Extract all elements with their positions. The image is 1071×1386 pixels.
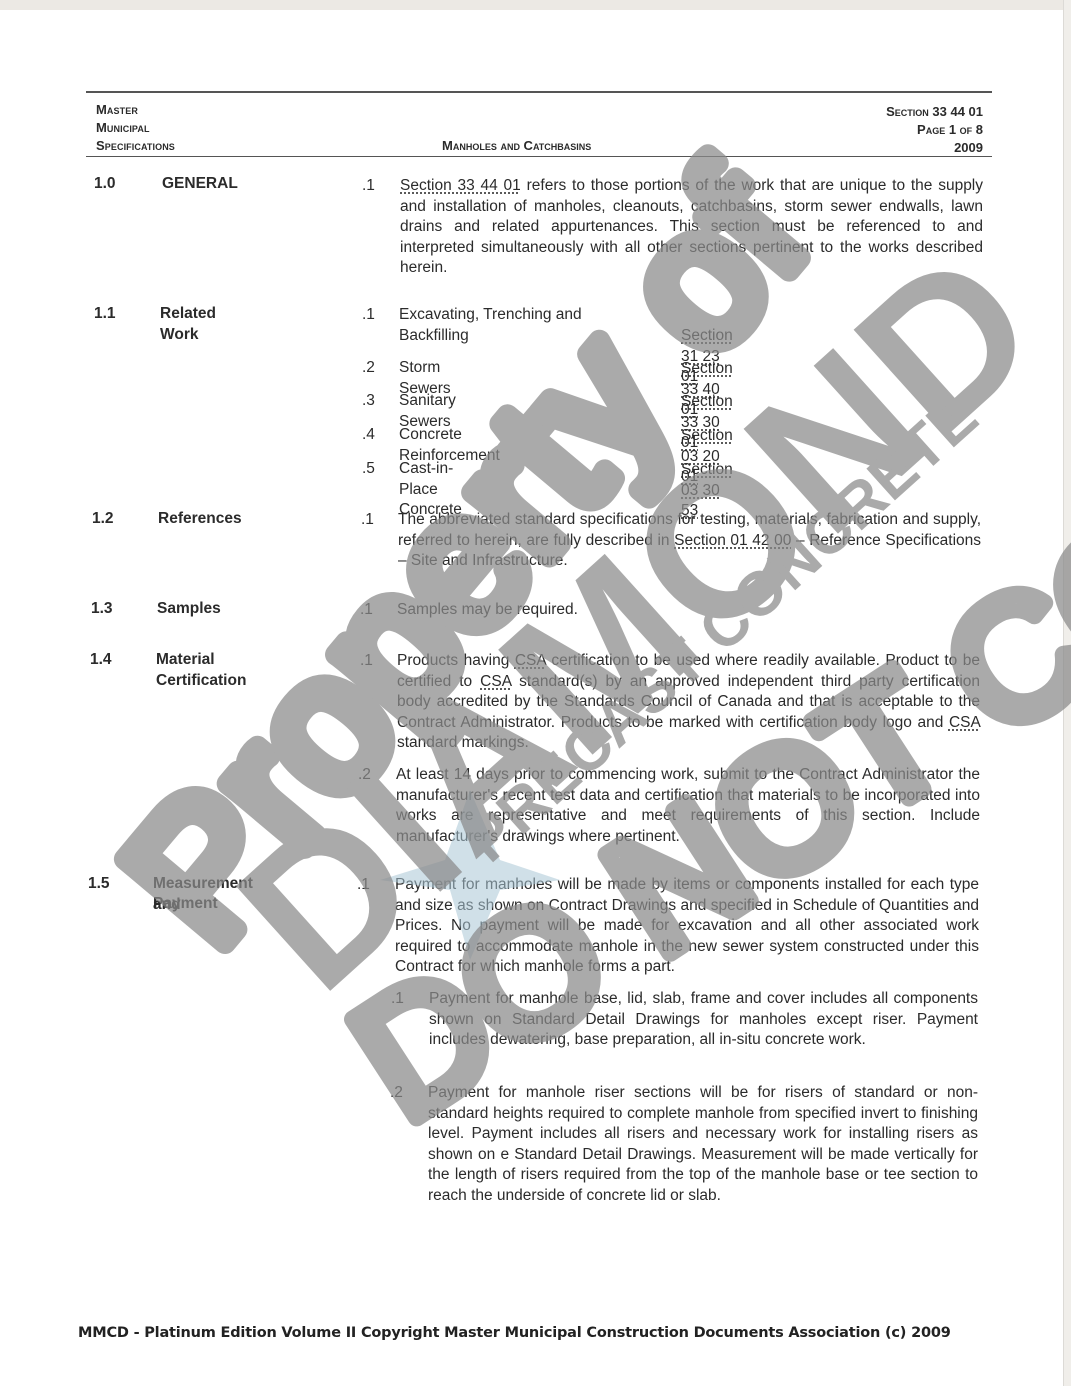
item-index: .1 — [360, 600, 373, 621]
section-paragraph: Samples may be required. — [397, 600, 980, 621]
header-line-municipal: Municipal — [96, 119, 175, 137]
section-number: 1.4 — [90, 650, 112, 671]
header-publisher: Master Municipal Specifications — [96, 101, 175, 155]
item-index: .1 — [361, 510, 374, 531]
header-line-specifications: Specifications — [96, 137, 175, 155]
section-title: References — [158, 509, 242, 530]
document-page: Master Municipal Specifications Manholes… — [0, 0, 1071, 1386]
item-index: .1 — [362, 305, 375, 326]
section-paragraph: The abbreviated standard specifications … — [398, 510, 981, 572]
paragraph-text: standard markings. — [397, 734, 529, 751]
section-number: 1.1 — [94, 304, 116, 325]
header-title: Manholes and Catchbasins — [442, 138, 591, 153]
related-work-label: Excavating, Trenching and Backfilling — [399, 305, 589, 346]
paragraph-text: Products having — [397, 652, 515, 669]
header-rule-top — [86, 91, 992, 93]
csa-link[interactable]: CSA — [480, 673, 511, 690]
csa-link[interactable]: CSA — [515, 652, 546, 669]
item-index: .5 — [362, 459, 375, 480]
item-index: .1 — [357, 875, 370, 896]
subitem-index: .1 — [391, 989, 404, 1010]
subitem-paragraph: Payment for manhole riser sections will … — [428, 1083, 978, 1206]
section-title: Payment — [153, 894, 218, 915]
section-link[interactable]: Section 01 42 00 — [674, 532, 791, 549]
section-paragraph: Section 33 44 01 refers to those portion… — [400, 176, 983, 279]
section-title: Material Certification — [156, 650, 246, 691]
item-index: .3 — [362, 391, 375, 412]
item-index: .2 — [362, 358, 375, 379]
section-title: Related Work — [160, 304, 216, 345]
subitem-paragraph: Payment for manhole base, lid, slab, fra… — [429, 989, 978, 1051]
item-index: .1 — [360, 651, 373, 672]
section-number: 1.0 — [94, 174, 116, 195]
csa-link[interactable]: CSA — [949, 714, 980, 731]
item-index: .4 — [362, 425, 375, 446]
item-index: .1 — [362, 176, 375, 197]
subitem-index: .2 — [390, 1083, 403, 1104]
copyright-footer: MMCD - Platinum Edition Volume II Copyri… — [78, 1325, 951, 1341]
section-title: Samples — [157, 599, 221, 620]
header-page-number: Page 1 of 8 — [886, 121, 983, 139]
section-number: 1.5 — [88, 874, 110, 895]
header-line-master: Master — [96, 101, 175, 119]
section-paragraph: Products having CSA certification to be … — [397, 651, 980, 754]
section-number: 1.3 — [91, 599, 113, 620]
header-rule-bottom — [86, 156, 992, 157]
section-paragraph: Payment for manholes will be made by ite… — [395, 875, 979, 978]
section-paragraph: At least 14 days prior to commencing wor… — [396, 765, 980, 847]
section-title: GENERAL — [162, 174, 238, 195]
header-section-number: Section 33 44 01 — [886, 103, 983, 121]
section-number: 1.2 — [92, 509, 114, 530]
header-section-info: Section 33 44 01 Page 1 of 8 2009 — [886, 103, 983, 157]
item-index: .2 — [358, 765, 371, 786]
header-year: 2009 — [886, 139, 983, 157]
section-link[interactable]: Section 33 44 01 — [400, 177, 521, 194]
